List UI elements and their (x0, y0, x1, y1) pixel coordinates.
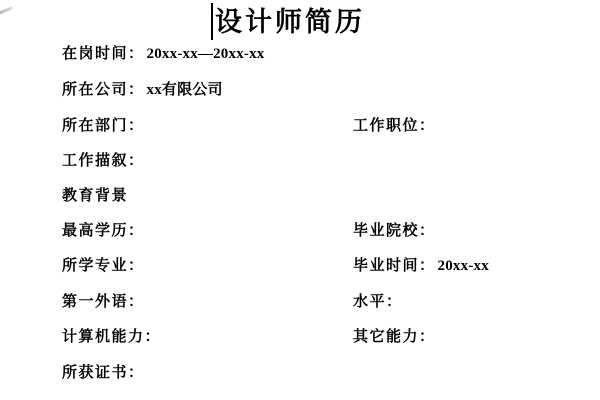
field-row-company: 所在公司：xx有限公司 (0, 81, 600, 101)
field-label-other-skills: 其它能力： (353, 329, 436, 345)
field-value-company: xx有限公司 (145, 82, 223, 98)
field-row-foreign-language-level: 第一外语： 水平： (0, 293, 600, 313)
field-label-employment-time: 在岗时间： (62, 46, 145, 62)
document-page[interactable]: 设计师简历 在岗时间：20xx-xx—20xx-xx 所在公司：xx有限公司 所… (0, 0, 600, 400)
field-label-position: 工作职位： (353, 118, 436, 134)
field-label-company: 所在公司： (62, 82, 145, 98)
field-label-highest-degree: 最高学历： (62, 223, 145, 239)
page-title: 设计师简历 (215, 4, 365, 40)
field-row-certificates: 所获证书： (0, 364, 600, 384)
field-label-first-foreign-language: 第一外语： (62, 294, 145, 310)
field-label-computer-skills: 计算机能力： (62, 329, 161, 345)
section-heading-education: 教育背景 (62, 188, 128, 204)
field-value-employment-time: 20xx-xx—20xx-xx (145, 46, 265, 62)
field-row-work-description: 工作描叙： (0, 152, 600, 172)
field-label-certificates: 所获证书： (62, 365, 145, 381)
field-label-graduation-time: 毕业时间： (353, 258, 436, 274)
field-value-graduation-time: 20xx-xx (436, 258, 489, 274)
field-label-language-level: 水平： (353, 294, 403, 310)
field-label-department: 所在部门： (62, 118, 145, 134)
field-row-major-graduation-time: 所学专业： 毕业时间：20xx-xx (0, 257, 600, 277)
field-label-graduation-school: 毕业院校： (353, 223, 436, 239)
field-row-employment-time: 在岗时间：20xx-xx—20xx-xx (0, 45, 600, 65)
field-label-major: 所学专业： (62, 258, 145, 274)
field-row-department-position: 所在部门： 工作职位： (0, 117, 600, 137)
field-label-work-description: 工作描叙： (62, 153, 145, 169)
text-caret (211, 3, 213, 40)
section-row-education: 教育背景 (0, 187, 600, 207)
corner-smudge-artifact (0, 6, 13, 14)
field-row-computer-other-skills: 计算机能力： 其它能力： (0, 328, 600, 348)
field-row-degree-school: 最高学历： 毕业院校： (0, 222, 600, 242)
